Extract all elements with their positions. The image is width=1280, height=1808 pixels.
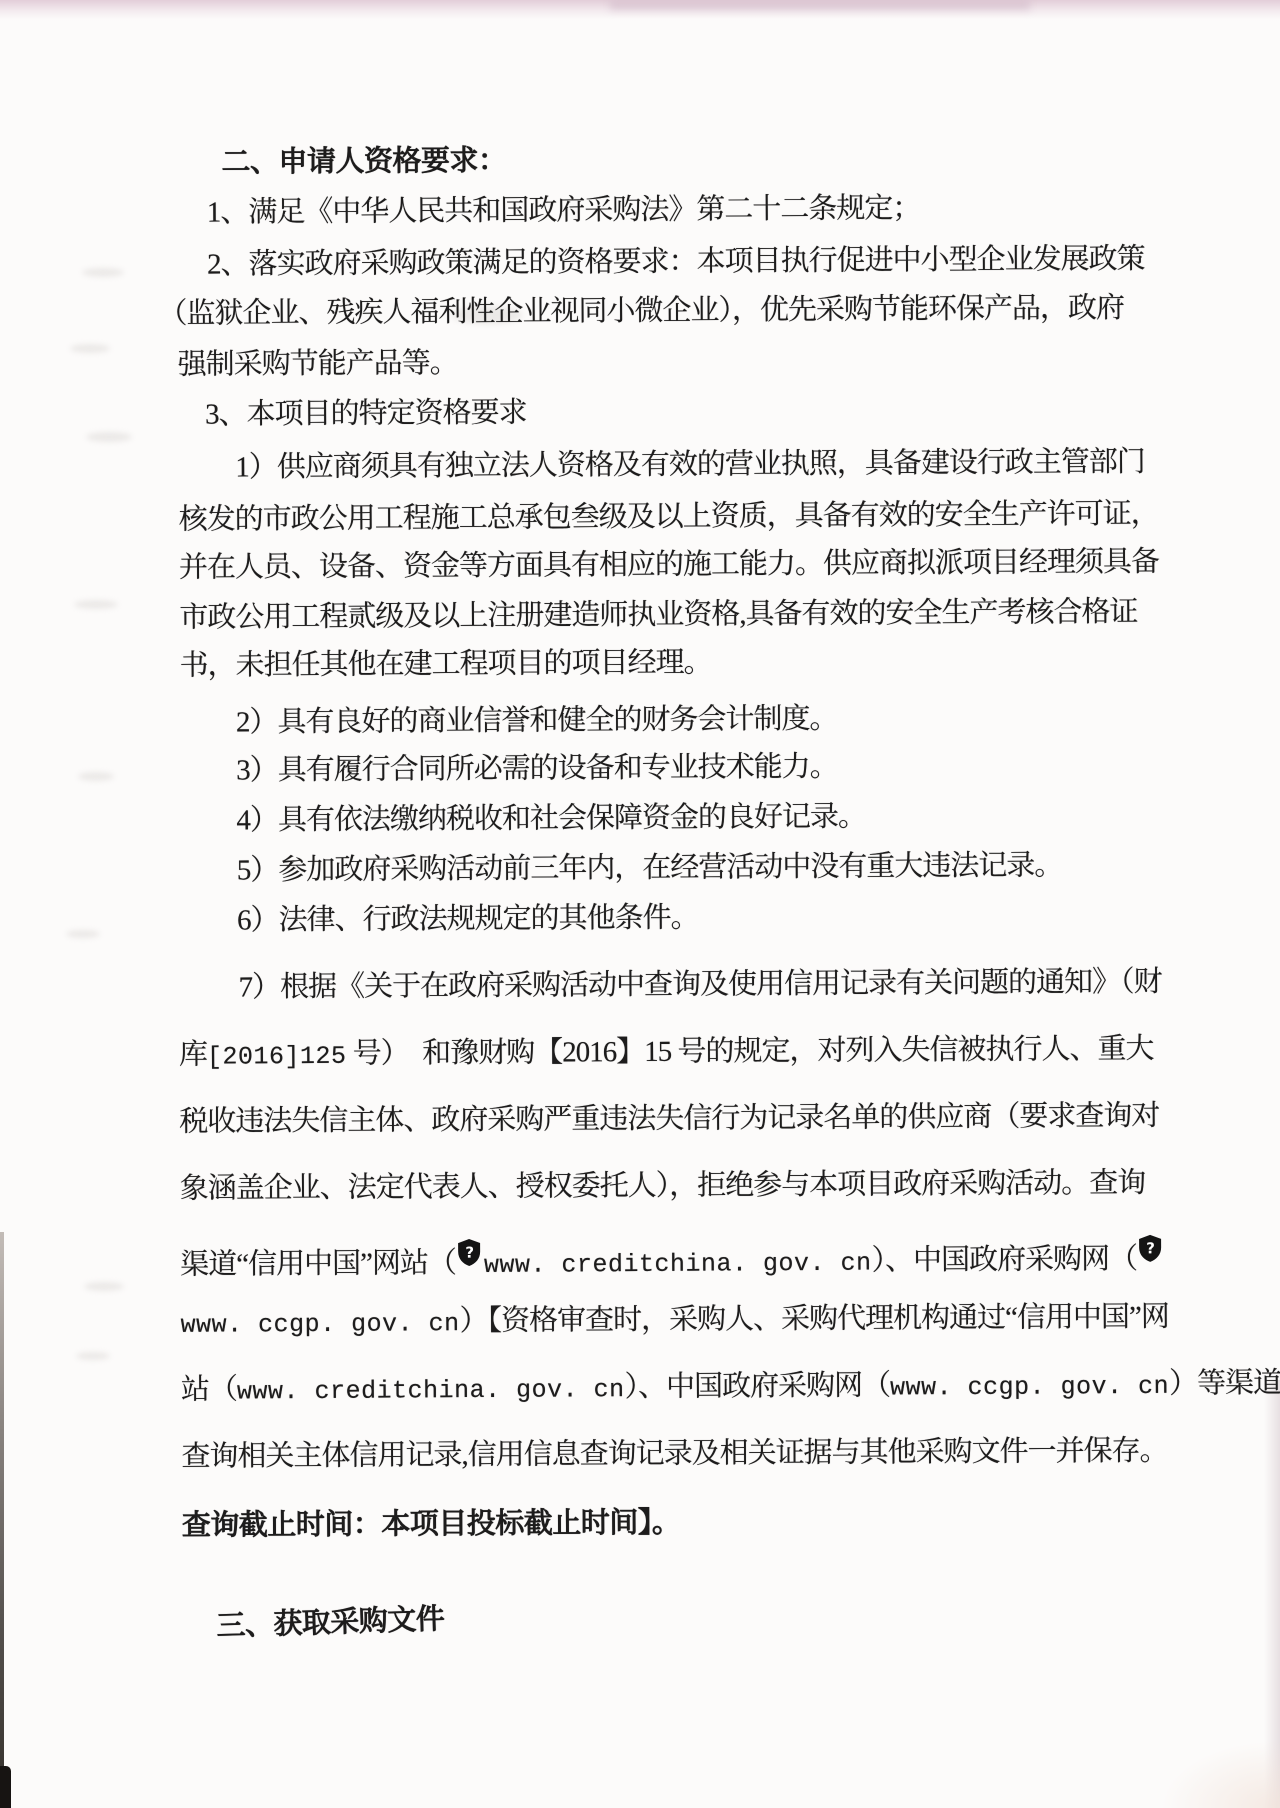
- text-run: ）等渠道: [1169, 1367, 1280, 1400]
- subitem-1-cont: 核发的市政公用工程施工总承包叁级及以上资质，具备有效的安全生产许可证，: [179, 498, 1159, 536]
- text-run: 站（: [181, 1373, 237, 1405]
- subitem-1-cont: 并在人员、设备、资金等方面具有相应的施工能力。供应商拟派项目经理须具备: [179, 546, 1159, 584]
- subitem-4: 4）具有依法缴纳税收和社会保障资金的良好记录。: [236, 801, 866, 837]
- subitem-7-cont: 渠道“信用中国”网站（ ? www. creditchina. gov. cn）…: [180, 1234, 1165, 1284]
- subitem-1-cont: 书，未担任其他在建工程项目的项目经理。: [179, 647, 711, 682]
- text-run: 税收违法失信主体、政府采购严重违法失信行为记录名单的供应商（要求查询对: [179, 1100, 1159, 1138]
- subitem-3: 3）具有履行合同所必需的设备和专业技术能力。: [236, 751, 838, 787]
- subitem-7-cont: 查询截止时间：本项目投标截止时间】。: [182, 1507, 681, 1542]
- subitem-1-cont: 市政公用工程贰级及以上注册建造师执业资格,具备有效的安全生产考核合格证: [179, 596, 1137, 634]
- text-run: 3）具有履行合同所必需的设备和专业技术能力。: [236, 751, 838, 787]
- svg-text:?: ?: [1146, 1239, 1154, 1257]
- text-run: ）、中国政府采购网（: [871, 1243, 1137, 1277]
- subitem-7-cont: 税收违法失信主体、政府采购严重违法失信行为记录名单的供应商（要求查询对: [179, 1100, 1159, 1138]
- shield-question-icon: ?: [457, 1238, 481, 1267]
- item-2-cont: 强制采购节能产品等。: [178, 347, 458, 381]
- text-run: 查询截止时间：本项目投标截止时间】。: [182, 1507, 681, 1542]
- subitem-6: 6）法律、行政法规规定的其他条件。: [237, 902, 699, 937]
- document-body: 二、申请人资格要求：1、满足《中华人民共和国政府采购法》第二十二条规定；2、落实…: [0, 0, 1280, 1808]
- text-run: 4）具有依法缴纳税收和社会保障资金的良好记录。: [236, 801, 866, 837]
- subitem-1: 1）供应商须具有独立法人资格及有效的营业执照，具备建设行政主管部门: [235, 446, 1145, 484]
- subitem-7-cont: 库[2016]125 号） 和豫财购【2016】15 号的规定，对列入失信被执行…: [179, 1033, 1154, 1074]
- text-run: www. ccgp. gov. cn: [890, 1372, 1169, 1403]
- text-run: 号） 和豫财购【2016】15 号的规定，对列入失信被执行人、重大: [346, 1033, 1153, 1070]
- item-2-cont: （监狱企业、残疾人福利性企业视同小微企业），优先采购节能环保产品，政府: [158, 292, 1124, 330]
- text-run: 象涵盖企业、法定代表人、授权委托人），拒绝参与本项目政府采购活动。查询: [180, 1167, 1146, 1205]
- text-run: （监狱企业、残疾人福利性企业视同小微企业），优先采购节能环保产品，政府: [158, 292, 1124, 330]
- text-run: 5）参加政府采购活动前三年内，在经营活动中没有重大违法记录。: [237, 849, 1063, 886]
- text-run: 6）法律、行政法规规定的其他条件。: [237, 902, 699, 937]
- item-2: 2、落实政府采购政策满足的资格要求：本项目执行促进中小型企业发展政策: [207, 243, 1145, 281]
- text-run: 库: [179, 1039, 207, 1071]
- text-run: 渠道“信用中国”网站（: [180, 1247, 456, 1281]
- text-run: www. ccgp. gov. cn: [181, 1309, 460, 1340]
- subitem-2: 2）具有良好的商业信誉和健全的财务会计制度。: [236, 703, 838, 739]
- text-run: 1、满足《中华人民共和国政府采购法》第二十二条规定；: [207, 192, 921, 228]
- item-3: 3、本项目的特定资格要求: [205, 397, 527, 431]
- text-run: www. creditchina. gov. cn: [237, 1375, 625, 1406]
- text-run: 7）根据《关于在政府采购活动中查询及使用信用记录有关问题的通知》（财: [238, 966, 1161, 1004]
- text-run: 核发的市政公用工程施工总承包叁级及以上资质，具备有效的安全生产许可证，: [179, 498, 1159, 536]
- text-run: 二、申请人资格要求：: [221, 145, 506, 179]
- text-run: ）、中国政府采购网（: [624, 1369, 890, 1403]
- subitem-5: 5）参加政府采购活动前三年内，在经营活动中没有重大违法记录。: [237, 849, 1063, 886]
- section-heading-2: 二、申请人资格要求：: [221, 145, 506, 179]
- text-run: [2016]125: [207, 1042, 347, 1072]
- subitem-7-cont: www. ccgp. gov. cn）【资格审查时，采购人、采购代理机构通过“信…: [180, 1301, 1168, 1342]
- text-run: ）【资格审查时，采购人、采购代理机构通过“信用中国”网: [460, 1301, 1169, 1337]
- text-run: 强制采购节能产品等。: [178, 347, 458, 381]
- text-run: 书，未担任其他在建工程项目的项目经理。: [179, 647, 711, 682]
- text-run: 查询相关主体信用记录,信用信息查询记录及相关证据与其他采购文件一并保存。: [181, 1435, 1167, 1473]
- section-heading-3: 三、获取采购文件: [216, 1603, 445, 1642]
- text-run: 2）具有良好的商业信誉和健全的财务会计制度。: [236, 703, 838, 739]
- shield-question-icon: ?: [1138, 1234, 1162, 1263]
- text-run: www. creditchina. gov. cn: [484, 1249, 872, 1280]
- text-run: 并在人员、设备、资金等方面具有相应的施工能力。供应商拟派项目经理须具备: [179, 546, 1159, 584]
- svg-text:?: ?: [465, 1244, 473, 1262]
- text-run: 市政公用工程贰级及以上注册建造师执业资格,具备有效的安全生产考核合格证: [179, 596, 1137, 634]
- text-run: 3、本项目的特定资格要求: [205, 397, 527, 431]
- subitem-7-cont: 站（www. creditchina. gov. cn）、中国政府采购网（www…: [181, 1367, 1280, 1409]
- item-1: 1、满足《中华人民共和国政府采购法》第二十二条规定；: [207, 192, 921, 228]
- subitem-7-cont: 象涵盖企业、法定代表人、授权委托人），拒绝参与本项目政府采购活动。查询: [180, 1167, 1146, 1205]
- text-run: 三、获取采购文件: [216, 1603, 445, 1642]
- text-run: 2、落实政府采购政策满足的资格要求：本项目执行促进中小型企业发展政策: [207, 243, 1145, 281]
- text-run: 1）供应商须具有独立法人资格及有效的营业执照，具备建设行政主管部门: [235, 446, 1145, 484]
- subitem-7-cont: 查询相关主体信用记录,信用信息查询记录及相关证据与其他采购文件一并保存。: [181, 1435, 1167, 1473]
- subitem-7: 7）根据《关于在政府采购活动中查询及使用信用记录有关问题的通知》（财: [238, 966, 1161, 1004]
